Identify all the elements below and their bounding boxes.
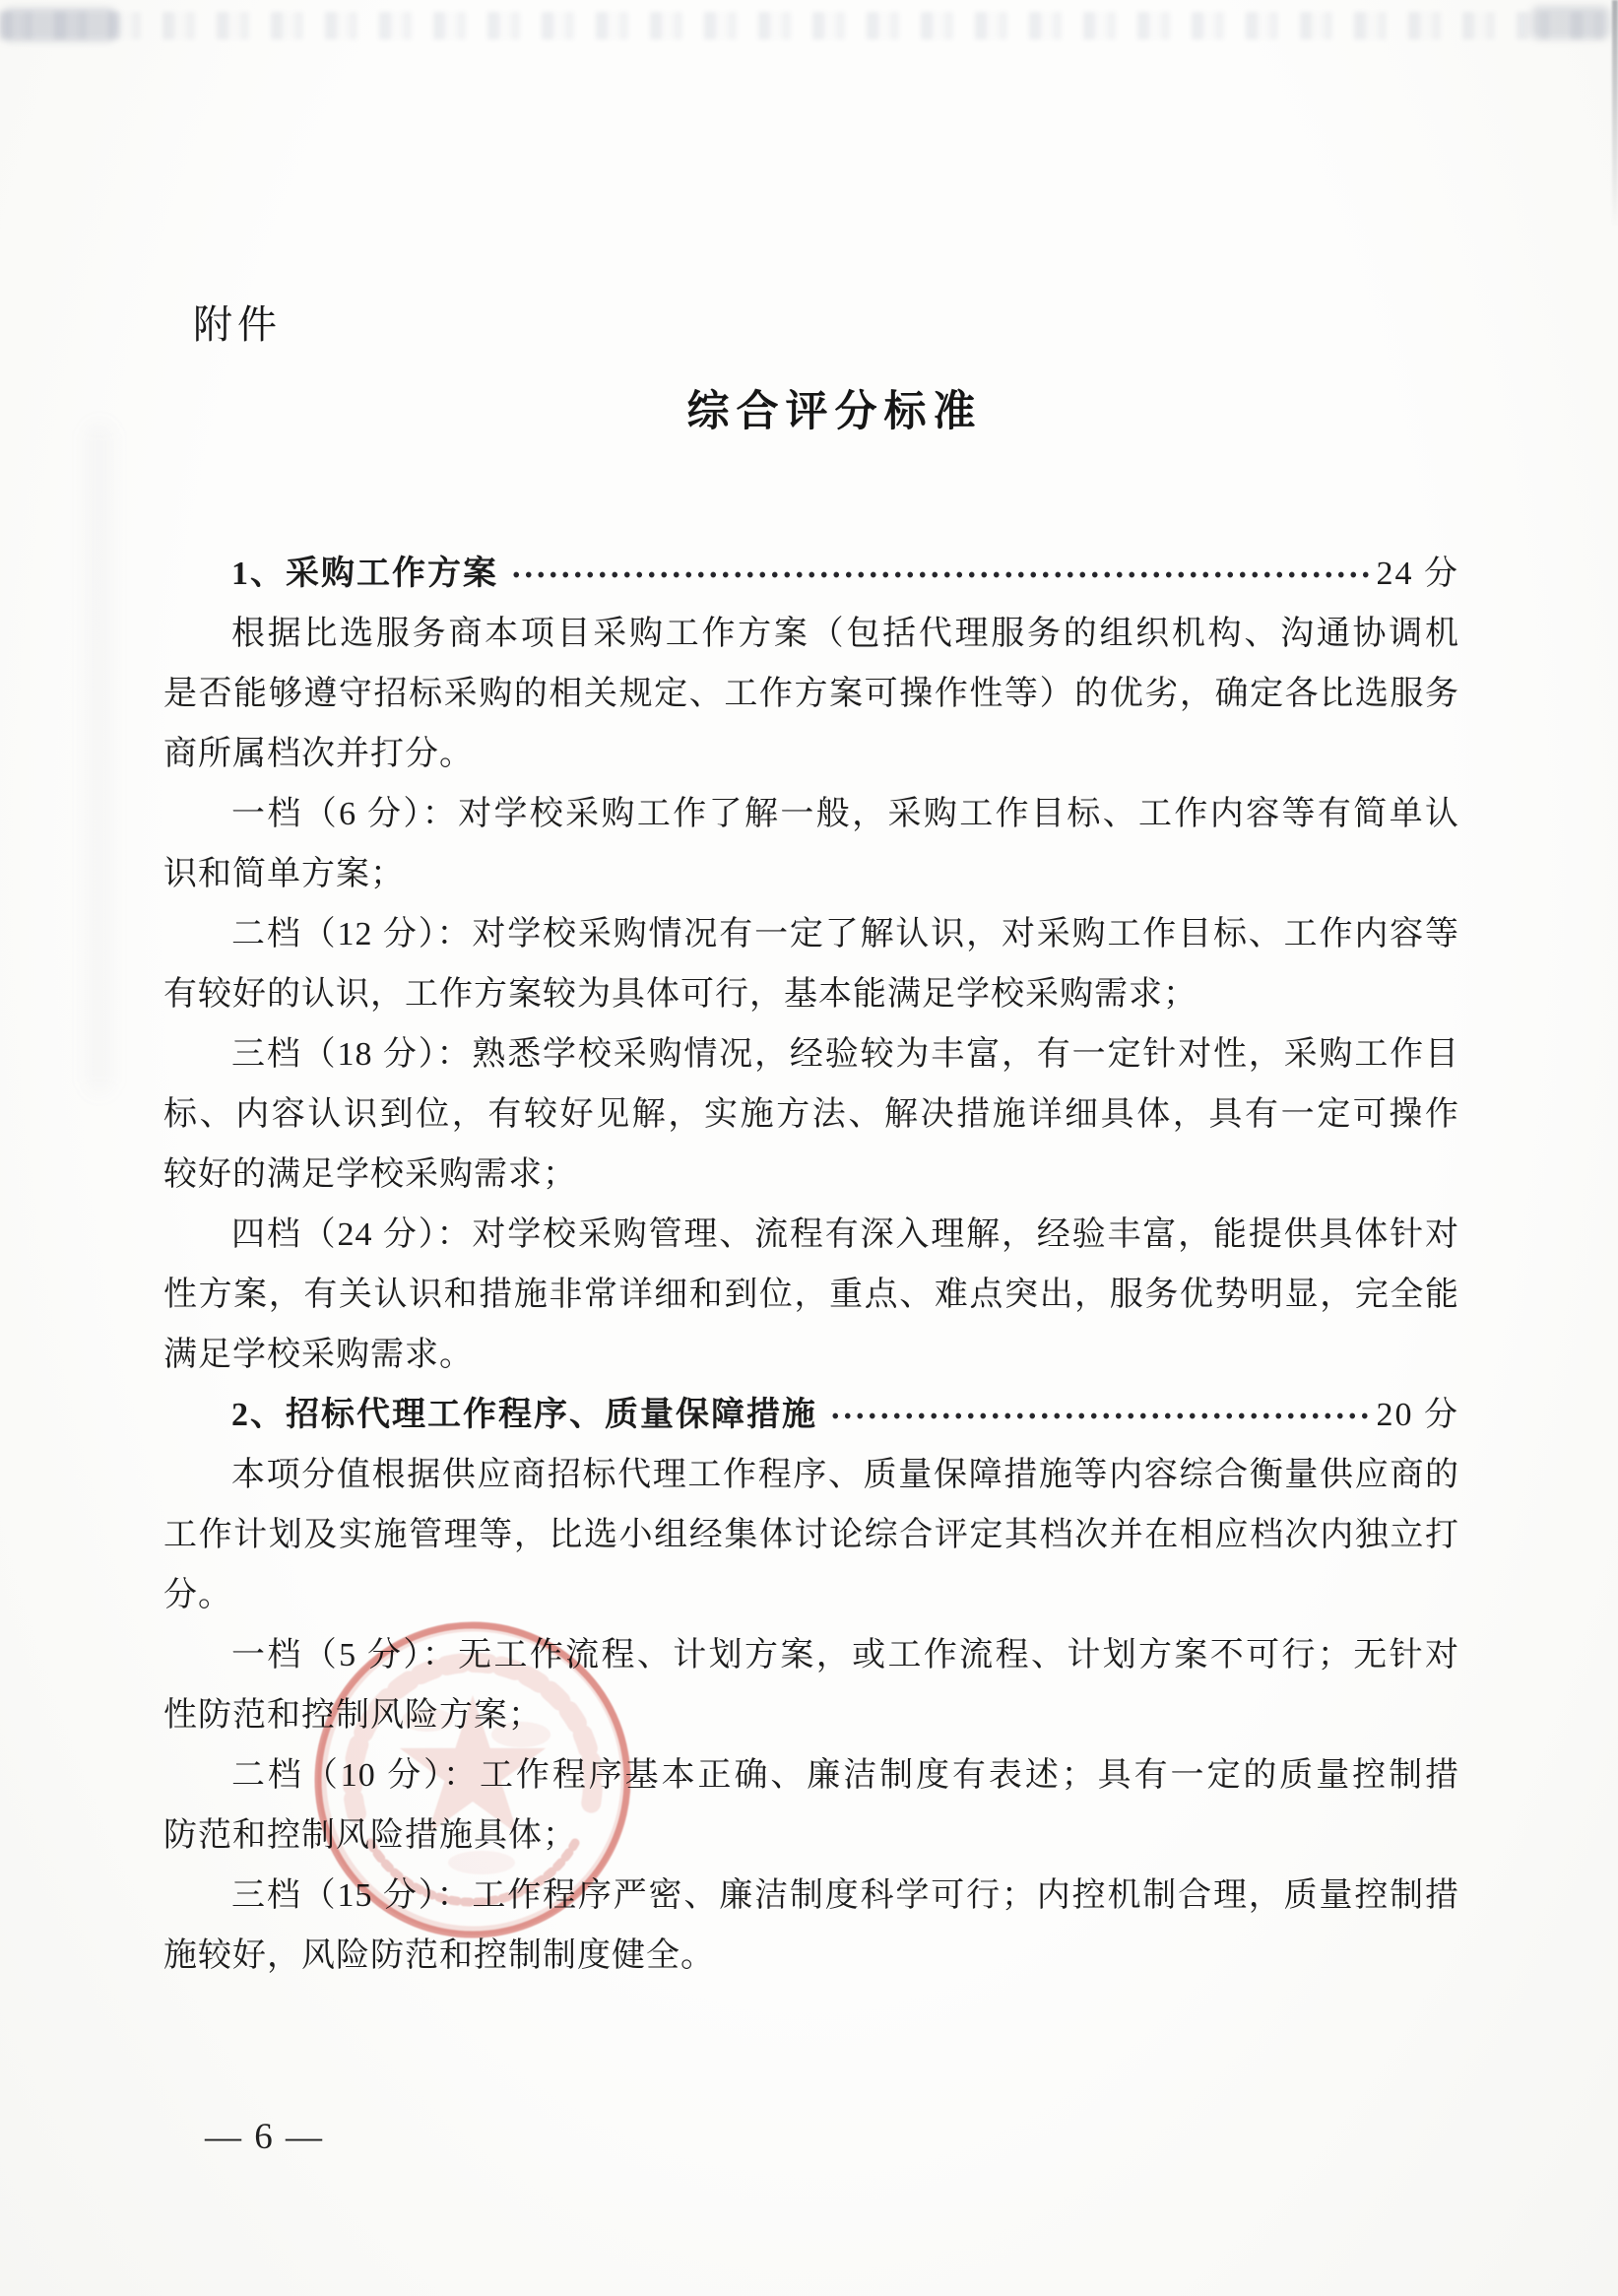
paragraph-line: 性方案，有关认识和措施非常详细和到位，重点、难点突出，服务优势明显，完全能	[163, 1265, 1459, 1325]
page-number: — 6 —	[205, 2116, 324, 2158]
paragraph-line: 较好的满足学校采购需求；	[163, 1145, 1459, 1205]
paragraph-line: 满足学校采购需求。	[163, 1325, 1459, 1385]
paragraph-line: 识和简单方案；	[163, 844, 1459, 904]
dot-leader	[510, 544, 1369, 604]
section-heading: 2、招标代理工作程序、质量保障措施20 分	[163, 1385, 1459, 1445]
section-score: 20 分	[1377, 1385, 1460, 1445]
scan-edge-artifact	[1612, 0, 1618, 227]
paragraph-line: 一档（5 分）：无工作流程、计划方案，或工作流程、计划方案不可行；无针对	[163, 1625, 1459, 1685]
bleed-through-artifact	[1531, 6, 1610, 39]
section-heading-label: 2、招标代理工作程序、质量保障措施	[231, 1385, 817, 1445]
scan-smudge-artifact	[87, 424, 112, 1093]
paragraph-line: 三档（18 分）：熟悉学校采购情况，经验较为丰富，有一定针对性，采购工作目	[163, 1024, 1459, 1084]
section-heading-label: 1、采购工作方案	[231, 544, 498, 604]
paragraph-line: 防范和控制风险措施具体；	[163, 1805, 1459, 1866]
section-heading: 1、采购工作方案24 分	[163, 544, 1459, 604]
bleed-through-artifact	[0, 12, 1618, 39]
document-page: 附件 综合评分标准 1、采购工作方案24 分根据比选服务商本项目采购工作方案（包…	[0, 0, 1618, 2296]
dot-leader	[829, 1385, 1369, 1445]
paragraph-line: 商所属档次并打分。	[163, 724, 1459, 784]
paragraph-line: 标、内容认识到位，有较好见解，实施方法、解决措施详细具体，具有一定可操作性，	[163, 1084, 1459, 1145]
paragraph-line: 一档（6 分）：对学校采购工作了解一般，采购工作目标、工作内容等有简单认	[163, 784, 1459, 844]
document-body: 1、采购工作方案24 分根据比选服务商本项目采购工作方案（包括代理服务的组织机构…	[163, 544, 1459, 1986]
paragraph-line: 工作计划及实施管理等，比选小组经集体讨论综合评定其档次并在相应档次内独立打	[163, 1505, 1459, 1565]
attachment-label: 附件	[193, 294, 282, 350]
paragraph-line: 四档（24 分）：对学校采购管理、流程有深入理解，经验丰富，能提供具体针对	[163, 1205, 1459, 1265]
paragraph-line: 二档（12 分）：对学校采购情况有一定了解认识，对采购工作目标、工作内容等	[163, 904, 1459, 964]
paragraph-line: 三档（15 分）：工作程序严密、廉洁制度科学可行；内控机制合理，质量控制措	[163, 1866, 1459, 1926]
paragraph-line: 分。	[163, 1565, 1459, 1625]
paragraph-line: 是否能够遵守招标采购的相关规定、工作方案可操作性等）的优劣，确定各比选服务	[163, 664, 1459, 724]
section-score: 24 分	[1377, 544, 1460, 604]
paragraph-line: 有较好的认识，工作方案较为具体可行，基本能满足学校采购需求；	[163, 964, 1459, 1024]
paragraph-line: 根据比选服务商本项目采购工作方案（包括代理服务的组织机构、沟通协调机制、	[163, 604, 1459, 664]
paragraph-line: 施较好，风险防范和控制制度健全。	[163, 1926, 1459, 1986]
bleed-through-artifact	[0, 8, 118, 41]
paragraph-line: 二档（10 分）：工作程序基本正确、廉洁制度有表述；具有一定的质量控制措施，	[163, 1745, 1459, 1805]
paragraph-line: 本项分值根据供应商招标代理工作程序、质量保障措施等内容综合衡量供应商的	[163, 1445, 1459, 1505]
page-title: 综合评分标准	[26, 378, 1618, 438]
paragraph-line: 性防范和控制风险方案；	[163, 1685, 1459, 1745]
